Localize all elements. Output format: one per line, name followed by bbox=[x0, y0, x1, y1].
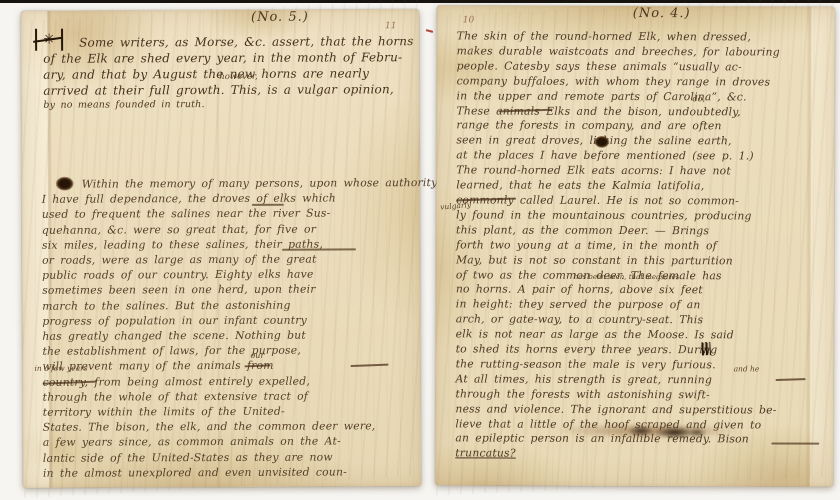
interlinear-insertion: do, bbox=[692, 94, 705, 103]
manuscript-line: arrived at their full growth. This, is a… bbox=[43, 81, 407, 99]
manuscript-line: ness and violence. The ignorant and supe… bbox=[455, 402, 823, 418]
ink-blot bbox=[594, 136, 609, 148]
marginal-insertion: in a few years bbox=[35, 365, 89, 373]
manuscript-line: march to the salines. But the astonishin… bbox=[42, 297, 414, 314]
manuscript-line: through the forests with astonishing swi… bbox=[455, 387, 823, 403]
interlinear-insertion: and he bbox=[734, 364, 760, 373]
manuscript-line: Within the memory of many persons, upon … bbox=[42, 175, 414, 192]
manuscript-line: progress of population in our infant cou… bbox=[42, 312, 414, 329]
manuscript-line: company buffaloes, with whom they range … bbox=[457, 74, 825, 90]
manuscript-line: six miles, leading to these salines, the… bbox=[42, 236, 414, 253]
manuscript-line: people. Catesby says these animals “usua… bbox=[457, 59, 825, 75]
manuscript-line: in the upper and remote parts of Carolin… bbox=[456, 89, 824, 105]
paragraph: The skin of the round-horned Elk, when d… bbox=[455, 29, 825, 463]
ink-smear bbox=[535, 418, 760, 445]
pencil-folio-number: 11 bbox=[385, 21, 396, 31]
paragraph: Within the memory of many persons, upon … bbox=[42, 175, 415, 481]
manuscript-line: learned, that he eats the Kalmia latifol… bbox=[456, 178, 824, 194]
manuscript-line: in the almost unexplored and even unvisi… bbox=[43, 464, 415, 481]
manuscript-line: The skin of the round-horned Elk, when d… bbox=[457, 29, 825, 45]
manuscript-line: Some writers, as Morse, &c. assert, that… bbox=[43, 33, 407, 51]
manuscript-page-left: (No. 5.) 11 ✳ Some writers, as Morse, &c… bbox=[21, 9, 421, 488]
manuscript-line: territory within the limits of the Unite… bbox=[43, 403, 415, 420]
manuscript-photo: (No. 5.) 11 ✳ Some writers, as Morse, &c… bbox=[0, 0, 840, 500]
manuscript-line: by no means founded in truth. bbox=[43, 97, 407, 112]
manuscript-line: I have full dependance, the droves of el… bbox=[42, 190, 414, 207]
interlinear-insertion: our bbox=[250, 351, 264, 360]
manuscript-line: no horns. A pair of horns, above six fee… bbox=[456, 283, 824, 299]
manuscript-line: States. The bison, the elk, and the comm… bbox=[43, 418, 415, 435]
scan-edge-bar bbox=[0, 0, 840, 3]
manuscript-line: quehanna, &c. were so great that, for fi… bbox=[42, 221, 414, 238]
manuscript-line: a few years since, as common animals on … bbox=[43, 434, 415, 451]
manuscript-line: this plant, as the common Deer. — Brings bbox=[456, 223, 824, 239]
interlinear-insertion: however, bbox=[219, 72, 258, 82]
manuscript-line: country, from being almost entirely expe… bbox=[43, 373, 415, 390]
manuscript-line: the rutting-season the male is very furi… bbox=[456, 357, 824, 373]
manuscript-line: through the whole of that extensive trac… bbox=[43, 388, 415, 405]
manuscript-line: elk is not near as large as the Moose. I… bbox=[456, 327, 824, 343]
manuscript-line: seen in great droves, licking the saline… bbox=[456, 134, 824, 150]
manuscript-line: range the forests in company, and are of… bbox=[456, 119, 824, 135]
manuscript-line: or roads, were as large as many of the g… bbox=[42, 251, 414, 268]
page-heading: (No. 4.) bbox=[633, 6, 691, 21]
manuscript-line: The round-horned Elk eats acorns: I have… bbox=[456, 164, 824, 180]
red-pencil-tick bbox=[426, 29, 433, 33]
manuscript-line: of the Elk are shed every year, in the m… bbox=[43, 49, 407, 67]
pencil-folio-number: 10 bbox=[463, 15, 474, 25]
manuscript-line: commonly called Laurel. He is not so com… bbox=[456, 193, 824, 209]
manuscript-line: truncatus? bbox=[455, 447, 823, 463]
manuscript-line: public roads of our country. Eighty elks… bbox=[42, 266, 414, 283]
manuscript-line: has greatly changed the scene. Nothing b… bbox=[42, 327, 414, 344]
underline-mark bbox=[282, 248, 356, 250]
underline-mark bbox=[252, 204, 284, 206]
manuscript-line: the establishment of laws, for the purpo… bbox=[42, 342, 414, 359]
ink-mark bbox=[701, 342, 711, 356]
manuscript-line: to shed its horns every three years. Dur… bbox=[456, 342, 824, 358]
manuscript-line: at the places I have before mentioned (s… bbox=[456, 149, 824, 165]
underline-mark bbox=[771, 442, 819, 444]
manuscript-line: sometimes been seen in one herd, upon th… bbox=[42, 282, 414, 299]
manuscript-line: ly found in the mountainous countries, p… bbox=[456, 208, 824, 224]
manuscript-line: lantic side of the United-States as they… bbox=[43, 449, 415, 466]
page-heading: (No. 5.) bbox=[251, 10, 309, 25]
interlinear-insertion: has been seen, that measures bbox=[574, 273, 680, 281]
manuscript-line: forth two young at a time, in the month … bbox=[456, 238, 824, 254]
manuscript-line: arch, or gate-way, to a country-seat. Th… bbox=[456, 313, 824, 329]
manuscript-line: May, but is not so constant in this part… bbox=[456, 253, 824, 269]
manuscript-line: makes durable waistcoats and breeches, f… bbox=[457, 44, 825, 60]
manuscript-line: used to frequent the salines near the ri… bbox=[42, 206, 414, 223]
manuscript-page-right: (No. 4.) 10 The skin of the round-horned… bbox=[435, 5, 835, 486]
manuscript-line: in height: they served the purpose of an bbox=[456, 298, 824, 314]
manuscript-line: At all times, his strength is great, run… bbox=[456, 372, 824, 388]
